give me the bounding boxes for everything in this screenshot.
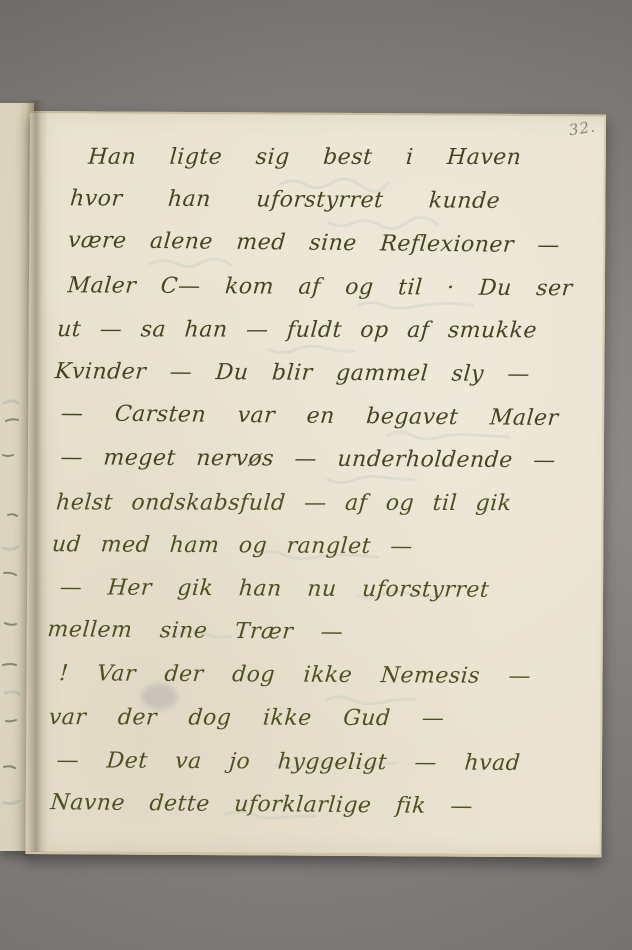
handwritten-line: Maler C— kom af og til · Du ser [65, 273, 604, 319]
handwritten-line: ut — sa han — fuldt op af smukke [55, 317, 604, 362]
handwritten-line: Kvinder — Du blir gammel sly — [53, 359, 604, 406]
handwritten-line: — meget nervøs — underholdende — [58, 446, 603, 492]
handwritten-line: — Her gik han nu uforstyrret [57, 575, 602, 621]
handwritten-line: Han ligte sig best i Haven [86, 145, 605, 189]
handwritten-line: — Carsten var en begavet Maler [58, 401, 603, 449]
handwritten-text-block: Han ligte sig best i Haven hvor han ufor… [26, 143, 604, 837]
handwritten-line: være alene med sine Reflexioner — [65, 228, 604, 277]
handwritten-line: ud med ham og ranglet — [50, 532, 603, 579]
manuscript-page: 32. Han ligte sig best i Haven hvor han … [25, 111, 606, 858]
handwritten-line: — Det va jo hyggeligt — hvad [54, 748, 601, 794]
photo-background: 32. Han ligte sig best i Haven hvor han … [0, 0, 632, 950]
handwritten-line: Navne dette uforklarlige fik — [48, 790, 601, 838]
handwritten-line: var der dog ikke Gud — [47, 706, 602, 751]
gutter-shadow [26, 100, 48, 852]
handwritten-line: hvor han uforstyrret kunde [68, 186, 605, 232]
handwritten-line: ! Var der dog ikke Nemesis — [57, 661, 602, 707]
page-number: 32. [568, 117, 597, 139]
handwritten-line: helst ondskabsfuld — af og til gik [54, 490, 603, 534]
handwritten-line: mellem sine Trær — [45, 617, 602, 665]
